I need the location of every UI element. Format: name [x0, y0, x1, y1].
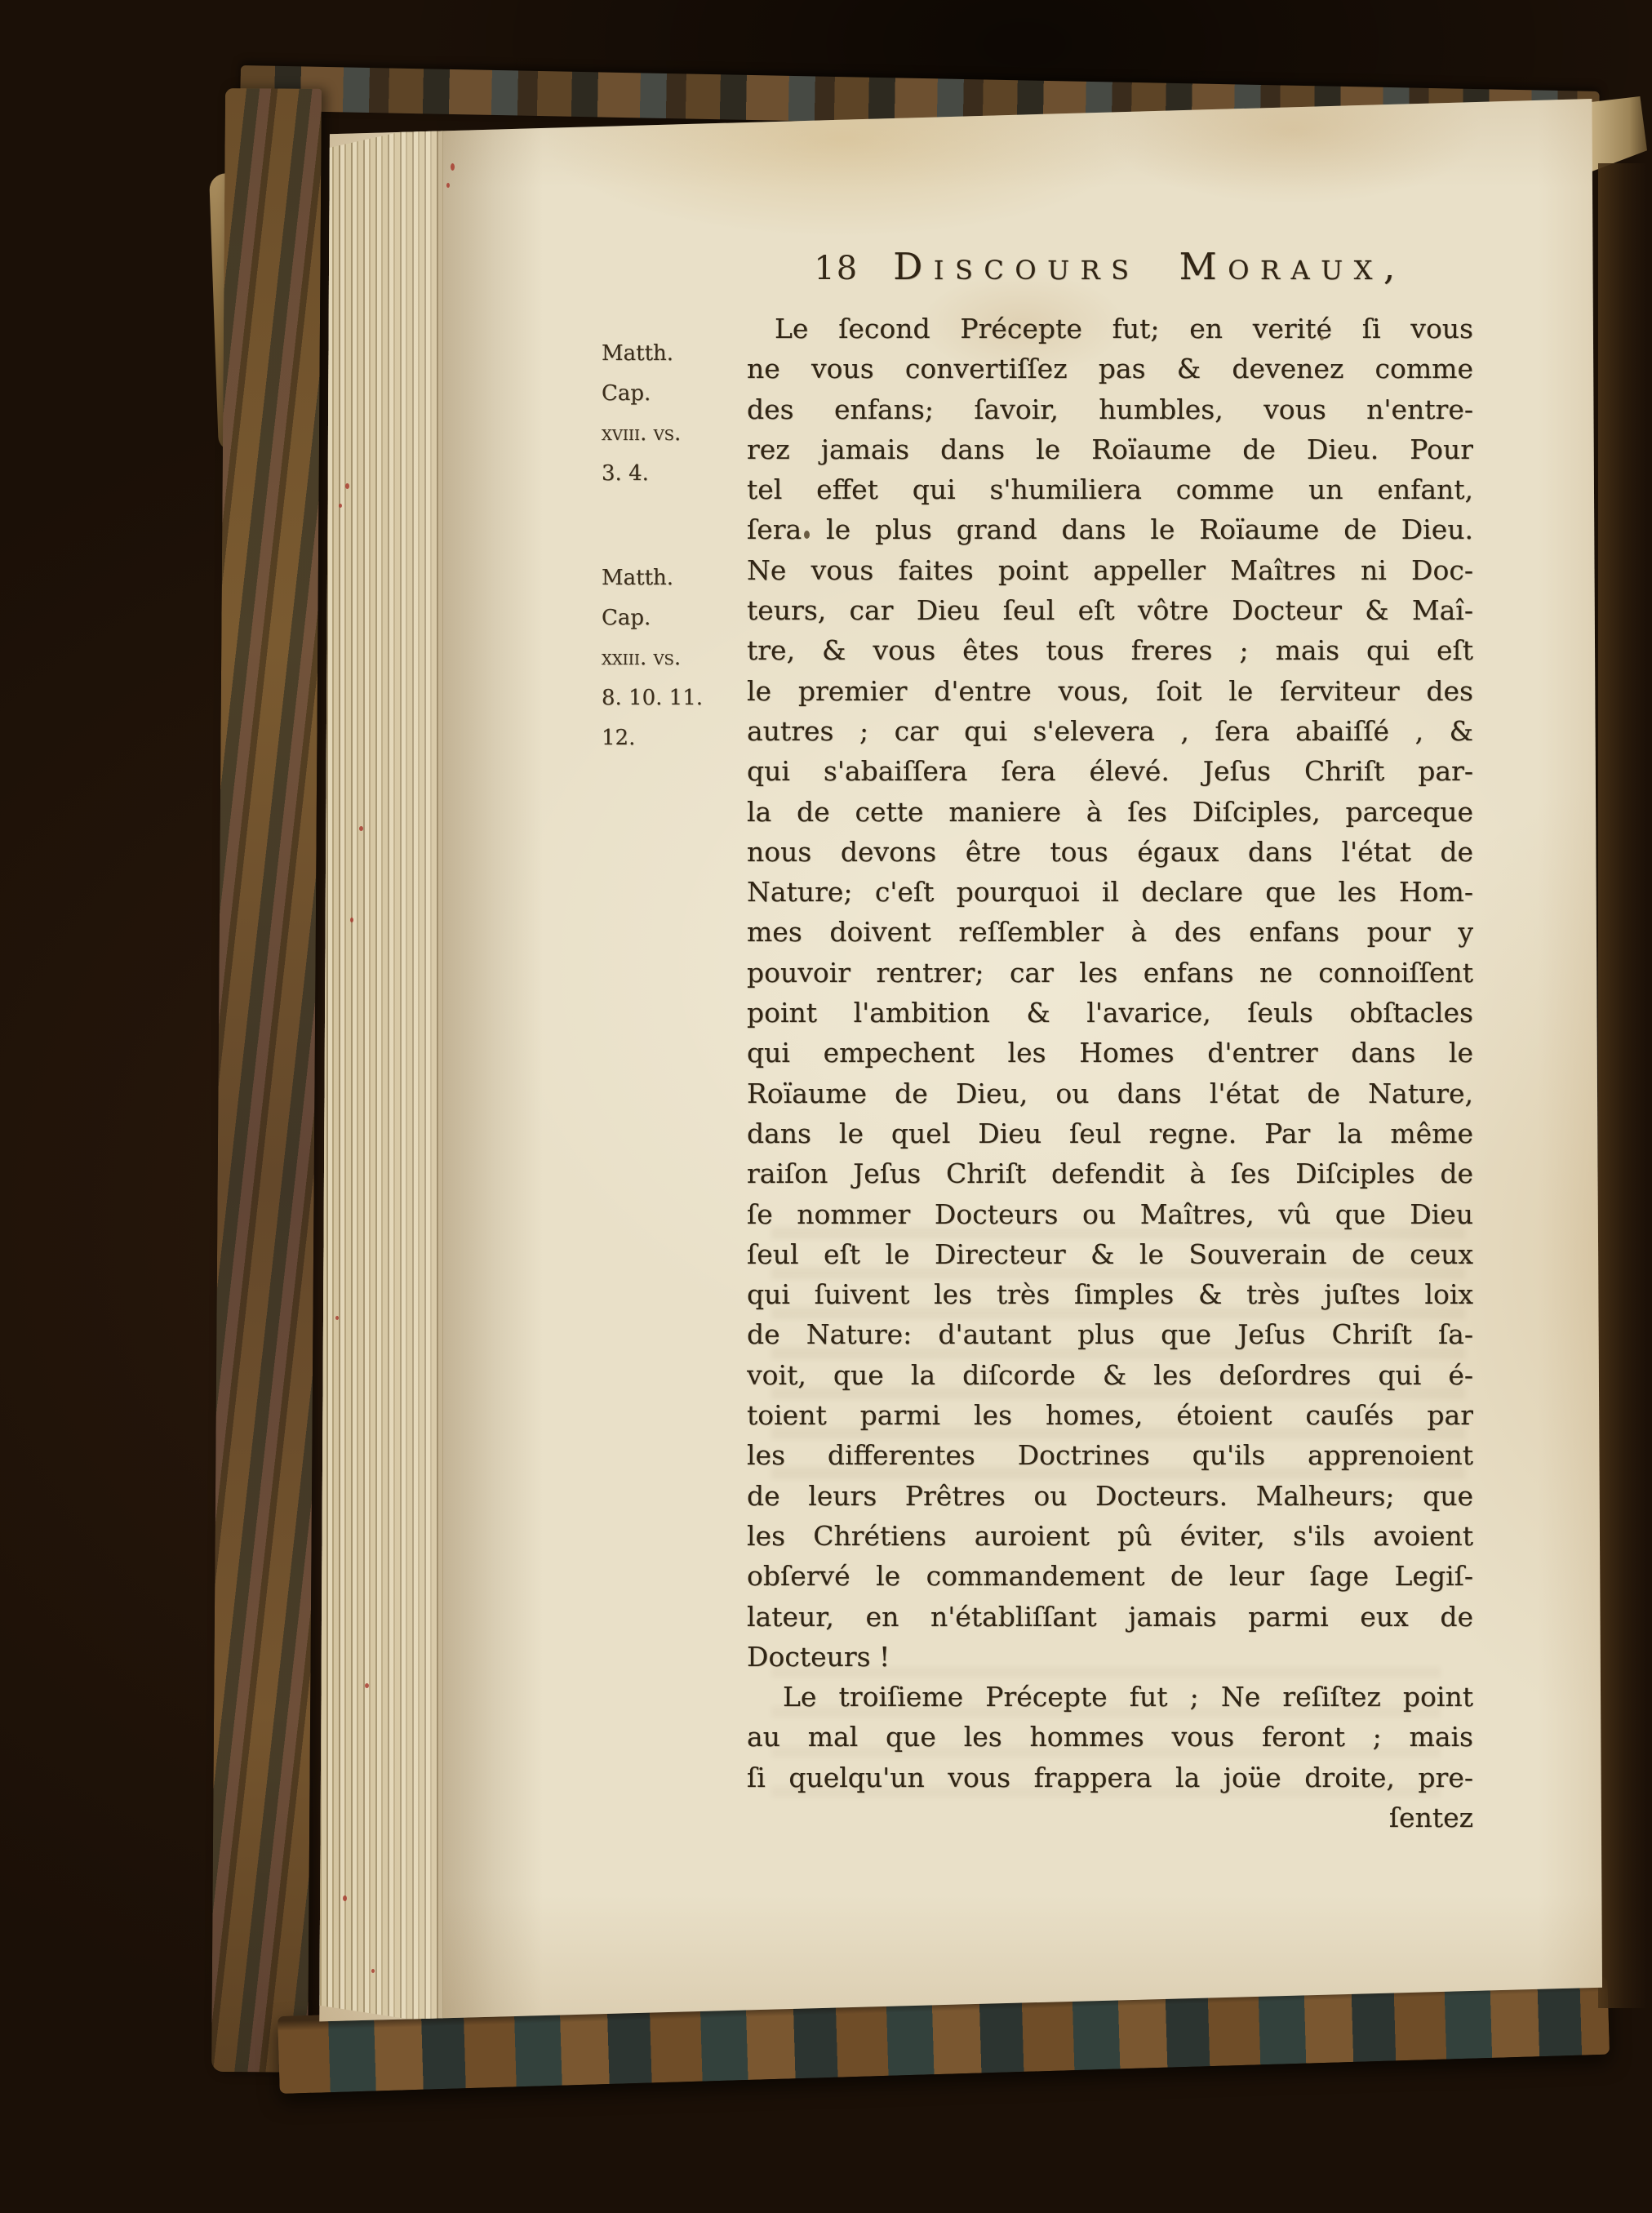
body-line: qui empechent les Homes d'entrer dans le: [747, 1033, 1473, 1073]
paper-speck: [371, 1969, 375, 1973]
page-header: 18 Discours Moraux,: [747, 245, 1522, 302]
page-number: 18: [814, 250, 859, 287]
margin-note: Matth.Cap.xviii. vſ.3. 4.: [602, 334, 744, 494]
margin-note: Matth.Cap.xxiii. vſ.8. 10. 11.12.: [602, 558, 744, 758]
page-fore-edge-stack: [314, 122, 443, 2024]
body-line: raiſon Jeſus Chriſt defendit à ſes Diſci…: [747, 1153, 1473, 1193]
margin-note-line: 8. 10. 11.: [602, 678, 744, 718]
catchword: ſentez: [747, 1798, 1473, 1838]
margin-note-line: 3. 4.: [602, 454, 744, 494]
body-line: tel effet qui s'humiliera comme un enfan…: [747, 469, 1473, 509]
body-line: ne vous convertiſſez pas & devenez comme: [747, 349, 1473, 389]
margin-note-line: 12.: [602, 718, 744, 758]
margin-note-line: xviii. vſ.: [602, 414, 744, 454]
margin-note-line: Cap.: [602, 598, 744, 638]
paper-speck: [365, 1683, 369, 1688]
paper-speck: [345, 483, 349, 489]
body-line: ſeul eſt le Directeur & le Souverain de …: [747, 1234, 1473, 1274]
running-title: Discours Moraux,: [893, 245, 1406, 288]
body-line: qui ſuivent les très ſimples & très juſt…: [747, 1274, 1473, 1314]
margin-note-line: Matth.: [602, 558, 744, 598]
marbled-cover-edge: [211, 88, 322, 2073]
margin-note-line: xxiii. vſ.: [602, 638, 744, 678]
body-line: tre, & vous êtes tous freres ; mais qui …: [747, 630, 1473, 670]
paper-speck: [446, 183, 450, 188]
body-line: point l'ambition & l'avarice, ſeuls obſt…: [747, 993, 1473, 1033]
body-line: nous devons être tous égaux dans l'état …: [747, 832, 1473, 872]
paper-speck: [804, 531, 810, 539]
body-line: dans le quel Dieu ſeul regne. Par la mêm…: [747, 1113, 1473, 1153]
paper-speck: [335, 1316, 339, 1320]
right-page-edges: [1588, 96, 1647, 171]
right-shadow-edge: [1598, 163, 1647, 2008]
gutter-shadow: [437, 91, 543, 2030]
body-line: de leurs Prêtres ou Docteurs. Malheurs; …: [747, 1476, 1473, 1516]
photo-of-open-book: 18 Discours Moraux, Matth.Cap.xviii. vſ.…: [0, 0, 1652, 2213]
body-line: lateur, en n'établiſſant jamais parmi eu…: [747, 1597, 1473, 1637]
paper-speck: [359, 826, 363, 831]
body-line: rez jamais dans le Roïaume de Dieu. Pour: [747, 429, 1473, 469]
body-line: la de cette maniere à ſes Diſciples, par…: [747, 792, 1473, 832]
book-page: 18 Discours Moraux, Matth.Cap.xviii. vſ.…: [314, 91, 1602, 2030]
body-line: les differentes Doctrines qu'ils appreno…: [747, 1435, 1473, 1475]
body-line: le premier d'entre vous, ſoit le ſervite…: [747, 671, 1473, 711]
body-line: au mal que les hommes vous feront ; mais: [747, 1717, 1473, 1757]
margin-note-line: Matth.: [602, 334, 744, 374]
body-line: Ne vous faites point appeller Maîtres ni…: [747, 550, 1473, 590]
body-line: teurs, car Dieu ſeul eſt vôtre Docteur &…: [747, 590, 1473, 630]
body-line: obſervé le commandement de leur ſage Leg…: [747, 1556, 1473, 1596]
body-line: ſe nommer Docteurs ou Maîtres, vû que Di…: [747, 1194, 1473, 1234]
body-line: les Chrétiens auroient pû éviter, s'ils …: [747, 1516, 1473, 1556]
body-line: mes doivent reſſembler à des enfans pour…: [747, 912, 1473, 952]
paper-speck: [343, 1895, 347, 1901]
body-line: ſera le plus grand dans le Roïaume de Di…: [747, 509, 1473, 549]
body-line: des enfans; ſavoir, humbles, vous n'entr…: [747, 389, 1473, 429]
paper-speck: [1320, 336, 1324, 340]
paper-speck: [339, 504, 342, 508]
body-line: Le troiſieme Précepte fut ; Ne reſiſtez …: [747, 1677, 1473, 1717]
body-text: Le ſecond Précepte fut; en verité ſi vou…: [747, 309, 1473, 1798]
body-line: Roïaume de Dieu, ou dans l'état de Natur…: [747, 1073, 1473, 1113]
body-line: voit, que la diſcorde & les deſordres qu…: [747, 1355, 1473, 1395]
body-line: de Nature: d'autant plus que Jeſus Chriſ…: [747, 1314, 1473, 1354]
body-line: Nature; c'eſt pourquoi il declare que le…: [747, 872, 1473, 912]
body-line: ſi quelqu'un vous frappera la joüe droit…: [747, 1758, 1473, 1798]
body-line: autres ; car qui s'elevera , ſera abaiſſ…: [747, 711, 1473, 751]
body-line: Docteurs !: [747, 1637, 1473, 1677]
body-line: toient parmi les homes, étoient cauſés p…: [747, 1395, 1473, 1435]
body-line: Le ſecond Précepte fut; en verité ſi vou…: [747, 309, 1473, 349]
paper-speck: [451, 163, 455, 171]
paper-speck: [350, 918, 353, 922]
body-line: pouvoir rentrer; car les enfans ne conno…: [747, 953, 1473, 993]
body-line: qui s'abaiſſera ſera élevé. Jeſus Chriſt…: [747, 751, 1473, 791]
margin-note-line: Cap.: [602, 374, 744, 414]
